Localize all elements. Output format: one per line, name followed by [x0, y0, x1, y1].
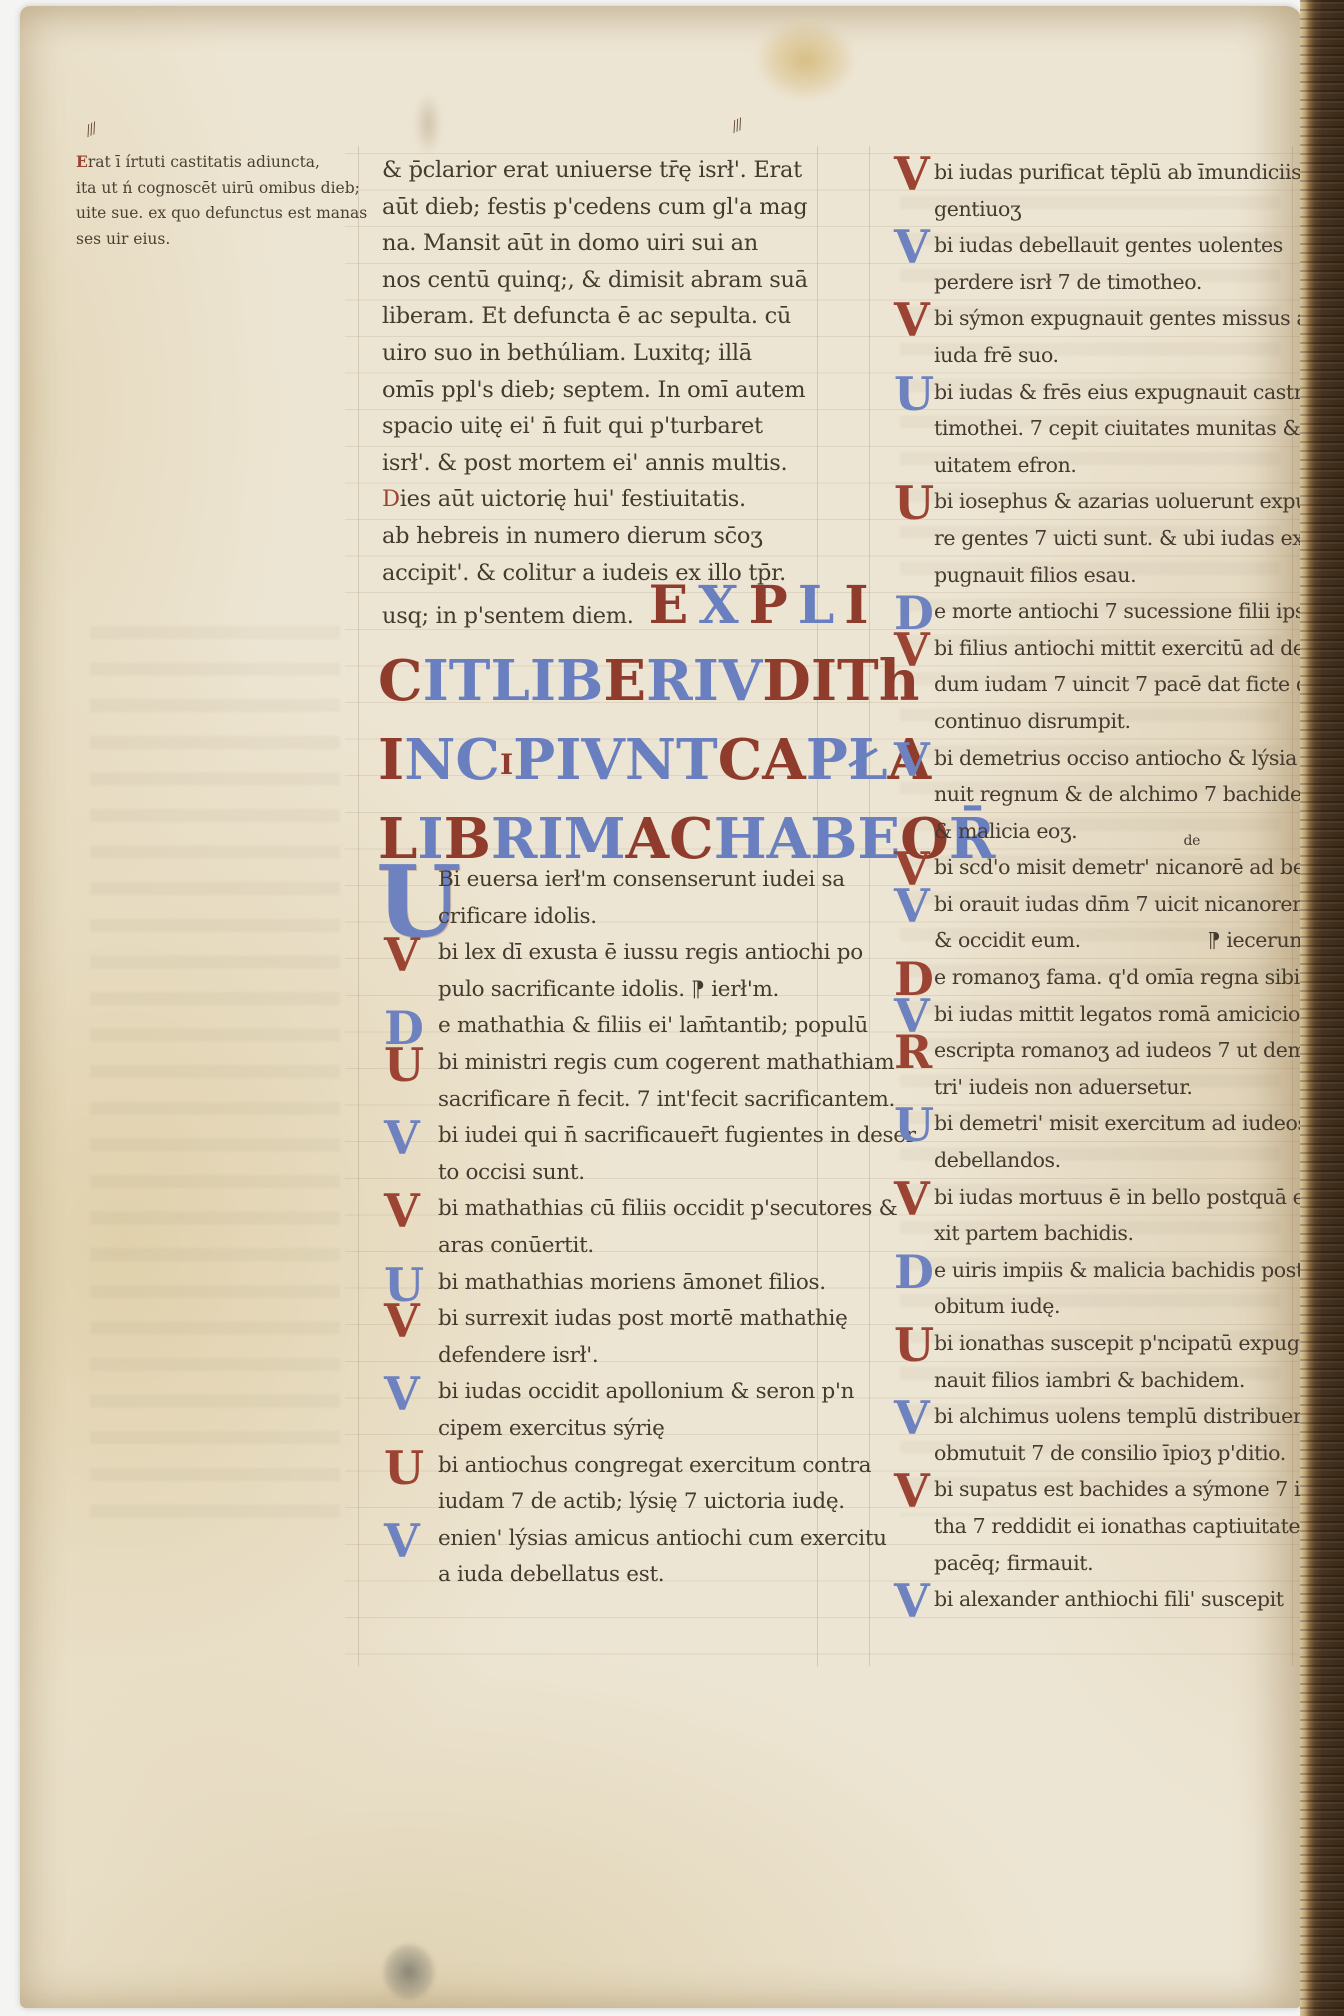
text-line: isrł'. & post mortem ei' annis multis. — [382, 445, 834, 482]
text-line: omīs ppl's dieb; septem. In omī autem — [382, 372, 834, 409]
capitulum-initial: U — [384, 1042, 424, 1088]
capitulum-line: bi mathathias moriens āmonet filios. — [438, 1265, 850, 1302]
capitulum-line: Bi euersa ierł'm consenserunt iudei sa — [438, 862, 850, 899]
capitulum-line: obmutuit 7 de consilio īpioʒ p'ditio. — [934, 1435, 1316, 1472]
display-capital: A — [767, 808, 810, 870]
capitulum-item: Ubi ministri regis cum cogerent mathathi… — [382, 1045, 850, 1118]
capitulum-item: De morte antiochi 7 sucessione filii ips… — [892, 593, 1316, 630]
capitulum-line: defendere isrł'. — [438, 1338, 850, 1375]
text-line: nos centū quinq;, & dimisit abram suā — [382, 262, 834, 299]
capitulum-line: iudam 7 de actib; lýsię 7 uictoria iudę. — [438, 1484, 850, 1521]
text-line: na. Mansit aūt in domo uiri sui an — [382, 225, 834, 262]
capitulum-initial: V — [894, 1578, 929, 1624]
verso-showthrough — [90, 626, 340, 1526]
capitulum-line: bi sýmon expugnauit gentes missus a — [934, 300, 1316, 337]
display-capital: C — [378, 650, 423, 712]
capitulum-line: timothei. 7 cepit ciuitates munitas & ci — [934, 410, 1316, 447]
capitulum-initial: V — [894, 224, 929, 270]
capitulum-item: Vbi iudas debellauit gentes uolentesperd… — [892, 227, 1316, 300]
capitulum-line: bi iudas debellauit gentes uolentes — [934, 227, 1316, 264]
display-capital: D — [762, 650, 811, 712]
capitulum-item: Ubi demetri' misit exercitum ad iudeosde… — [892, 1105, 1316, 1178]
capitulum-line: bi supatus est bachides a sýmone 7 iona — [934, 1471, 1316, 1508]
capitulum-item: Vbi scd'o misit demetr' nicanorē ad bell… — [892, 849, 1316, 886]
capitulum-line: pacēq; firmauit. — [934, 1545, 1316, 1582]
display-capital: T — [676, 729, 718, 791]
capitulum-line: pugnauit filios esau. — [934, 557, 1316, 594]
display-capital: B — [810, 808, 857, 870]
display-capital: I — [839, 584, 873, 628]
capitulum-line: bi iudas mittit legatos romā amicicioni'… — [934, 996, 1316, 1033]
display-capital: P — [806, 729, 848, 791]
capitulum-initial: U — [894, 371, 934, 417]
insertion-mark: /// — [83, 121, 98, 140]
capitulum-line: to occisi sunt. — [438, 1155, 850, 1192]
display-capital: C — [455, 729, 500, 791]
capitulum-item: Vbi iudas purificat tēplū ab īmundiciisg… — [892, 154, 1316, 227]
capitulum-initial: R — [894, 1029, 932, 1075]
capitulum-item: Vbi iudas mittit legatos romā amicicioni… — [892, 996, 1316, 1033]
capitulum-line: bi mathathias cū filiis occidit p'secuto… — [438, 1191, 850, 1228]
capitulum-initial: V — [894, 297, 929, 343]
capitulum-item: Ubi ionathas suscepit p'ncipatū expugnau… — [892, 1325, 1316, 1398]
parchment-stain — [383, 1944, 435, 2000]
text-line: ita ut ń cognoscēt uirū omibus dieb; — [76, 176, 376, 202]
capitulum-line: e romanoʒ fama. q'd omīa regna sibi sub — [934, 959, 1316, 996]
capitulum-line: tha 7 reddidit ei ionathas captiuitatem — [934, 1508, 1316, 1545]
capitulum-item: Vbi lex dī exusta ē iussu regis antiochi… — [382, 935, 850, 1008]
capitulum-line: bi iudei qui n̄ sacrificauer̄t fugientes… — [438, 1118, 850, 1155]
capitulum-line: bi alchimus uolens templū distribuere — [934, 1398, 1316, 1435]
capitulum-line: sacrificare n̄ fecit. 7 int'fecit sacrif… — [438, 1082, 850, 1119]
display-capital: N — [625, 729, 676, 791]
capitulum-line: re gentes 7 uicti sunt. & ubi iudas ex — [934, 520, 1316, 557]
capitulum-item: Ubi iosephus & azarias uoluerunt expugna… — [892, 483, 1316, 593]
explicit-rubric: EXPLI — [644, 584, 874, 628]
display-capital: E — [644, 584, 694, 628]
capitulum-line: bi iudas occidit apollonium & seron p'n — [438, 1374, 850, 1411]
superscript-note: de — [1184, 834, 1200, 848]
capitulum-line: bi demetri' misit exercitum ad iudeos — [934, 1105, 1316, 1142]
capitulum-line: e mathathia & filiis ei' lam̄tantib; pop… — [438, 1008, 850, 1045]
capitulum-item: Vbi iudas mortuus ē in bello postquā ext… — [892, 1179, 1316, 1252]
capitulum-line: bi ionathas suscepit p'ncipatū expug — [934, 1325, 1316, 1362]
manuscript-page: /// /// Erat ī írtuti castitatis adiunct… — [20, 6, 1302, 2008]
capitulum-initial: V — [894, 1395, 929, 1441]
capitulum-item: Vbi mathathias cū filiis occidit p'secut… — [382, 1191, 850, 1264]
main-text-column: & p̄clarior erat uniuerse tr̄ę isrł'. Er… — [382, 152, 834, 591]
capitulum-initial: V — [384, 1188, 419, 1234]
capitulum-initial: V — [894, 1176, 929, 1222]
capitulum-line: escripta romanoʒ ad iudeos 7 ut deme — [934, 1032, 1316, 1069]
display-capital: E — [603, 650, 646, 712]
capitulum-item: Rescripta romanoʒ ad iudeos 7 ut demetri… — [892, 1032, 1316, 1105]
capitulum-line: nuit regnum & de alchimo 7 bachide — [934, 776, 1316, 813]
display-capital: I — [537, 808, 563, 870]
capitulum-line: iuda frē suo. — [934, 337, 1316, 374]
display-capital: L — [490, 650, 529, 712]
capitulum-item: Vbi surrexit iudas post mortē mathathięd… — [382, 1301, 850, 1374]
capitulum-initial: V — [384, 1371, 419, 1417]
capitulum-line: bi antiochus congregat exercitum contra — [438, 1448, 850, 1485]
display-capital: R — [646, 650, 693, 712]
capitulum-line: bi orauit iudas dn̄m 7 uicit nicanorem — [934, 886, 1316, 923]
capitulum-item: Vbi demetrius occiso antiocho & lýsia op… — [892, 740, 1316, 850]
display-capital: P — [744, 584, 793, 628]
text-line: ab hebreis in numero dierum sc̄oʒ — [382, 518, 834, 555]
capitulum-initial: V — [894, 737, 929, 783]
capitulum-initial: U — [384, 1445, 424, 1491]
display-capital: Ł — [848, 729, 888, 791]
capitulum-item: Vbi alchimus uolens templū distribuereob… — [892, 1398, 1316, 1471]
capitulum-item: Venien' lýsias amicus antiochi cum exerc… — [382, 1521, 850, 1594]
parchment-stain — [758, 22, 853, 98]
capitulum-initial: U — [894, 1322, 934, 1368]
display-capital: A — [762, 729, 805, 791]
closing-text: usq; in p'sentem diem. — [382, 603, 634, 629]
text-line: spacio uitę ei' n̄ fuit qui p'turbaret — [382, 408, 834, 445]
capitulum-line: dum iudam 7 uincit 7 pacē dat ficte quam — [934, 666, 1316, 703]
display-capital: I — [378, 729, 404, 791]
capitulum-item: Vbi orauit iudas dn̄m 7 uicit nicanorem&… — [892, 886, 1316, 959]
capitulum-item: De mathathia & filiis ei' lam̄tantib; po… — [382, 1008, 850, 1045]
capitulum-initial: V — [894, 151, 929, 197]
display-capital: L — [793, 584, 840, 628]
capitulum-line: uitatem efron. — [934, 447, 1316, 484]
capitulum-line: obitum iudę. — [934, 1288, 1316, 1325]
display-capital: M — [564, 808, 626, 870]
display-capital: B — [556, 650, 603, 712]
display-capital: X — [693, 584, 743, 628]
book-binding-edge — [1300, 0, 1344, 2016]
capitulum-item: Vbi alexander anthiochi fili' suscepit — [892, 1581, 1316, 1618]
capitulum-line: bi iudas purificat tēplū ab īmundiciis — [934, 154, 1316, 191]
capitulum-item: Ubi antiochus congregat exercitum contra… — [382, 1448, 850, 1521]
text-line: Erat ī írtuti castitatis adiuncta, — [76, 149, 376, 176]
capitulum-line: & occidit eum.⁋ iecerunt. — [934, 922, 1316, 959]
capitulum-item: De romanoʒ fama. q'd omīa regna sibi sub — [892, 959, 1316, 996]
text-line: liberam. Et defuncta ē ac sepulta. cū — [382, 298, 834, 335]
display-capital: I — [500, 739, 513, 791]
capitulum-item: Vbi supatus est bachides a sýmone 7 iona… — [892, 1471, 1316, 1581]
margin-note: Erat ī írtuti castitatis adiuncta,ita ut… — [76, 149, 376, 252]
capitulum-initial: U — [894, 480, 934, 526]
display-capital: I — [811, 650, 837, 712]
display-capital: I — [555, 729, 581, 791]
capitulum-line: bi surrexit iudas post mortē mathathię — [438, 1301, 850, 1338]
capitulum-line: debellandos. — [934, 1142, 1316, 1179]
capitulum-initial: V — [384, 1298, 419, 1344]
capitulum-initial: V — [894, 627, 929, 673]
text-line: aūt dieb; festis p'cedens cum gl'a mag — [382, 189, 834, 226]
insertion-mark: /// — [729, 117, 744, 136]
capitulum-initial: V — [384, 932, 419, 978]
capitulum-item: Vbi sýmon expugnauit gentes missus aiuda… — [892, 300, 1316, 373]
capitulum-line: e uiris impiis & malicia bachidis post — [934, 1252, 1316, 1289]
capitulum-item: Vbi iudei qui n̄ sacrificauer̄t fugiente… — [382, 1118, 850, 1191]
capitulum-line: xit partem bachidis. — [934, 1215, 1316, 1252]
capitulum-initial: V — [384, 1518, 419, 1564]
capitulum-line: tri' iudeis non aduersetur. — [934, 1069, 1316, 1106]
text-line: uite sue. ex quo defunctus est manas — [76, 201, 376, 227]
display-capital: N — [404, 729, 455, 791]
capitulum-initial: D — [894, 1249, 934, 1295]
display-capital: T — [837, 650, 879, 712]
capitulum-line: aras conūertit. — [438, 1228, 850, 1265]
capitulum-item: De uiris impiis & malicia bachidis posto… — [892, 1252, 1316, 1325]
parchment-stain — [415, 94, 441, 154]
display-capital: I — [530, 650, 556, 712]
display-capital: R — [491, 808, 538, 870]
column-rule — [358, 146, 359, 1666]
capitulum-item: Ubi iudas & frēs eius expugnauit castrat… — [892, 374, 1316, 484]
capitulum-initial: V — [384, 1115, 419, 1161]
display-capital: P — [513, 729, 555, 791]
capitulum-line: gentiuoʒ — [934, 191, 1316, 228]
capitulum-line: bi iudas & frēs eius expugnauit castra — [934, 374, 1316, 411]
capitulum-item: Vbi iudas occidit apollonium & seron p'n… — [382, 1374, 850, 1447]
text-line: Dies aūt uictorię hui' festiuitatis. — [382, 481, 834, 518]
display-capital: I — [693, 650, 719, 712]
capitulum-line: a iuda debellatus est. — [438, 1557, 850, 1594]
capitulum-line: bi iosephus & azarias uoluerunt expugna — [934, 483, 1316, 520]
capitulum-line: bi demetrius occiso antiocho & lýsia opt… — [934, 740, 1316, 777]
capitulum-line: & malicia eoʒ. — [934, 813, 1316, 850]
display-capital: I — [423, 650, 449, 712]
display-capital: C — [718, 729, 763, 791]
capitula-list-right: Vbi iudas purificat tēplū ab īmundiciisg… — [892, 154, 1316, 1618]
capitulum-line: perdere isrł 7 de timotheo. — [934, 264, 1316, 301]
capitula-list-left: UBi euersa ierł'm consenserunt iudei sac… — [382, 862, 850, 1594]
capitulum-item: UBi euersa ierł'm consenserunt iudei sac… — [382, 862, 850, 935]
manuscript-photo: /// /// Erat ī írtuti castitatis adiunct… — [0, 0, 1344, 2016]
capitulum-line: bi filius antiochi mittit exercitū ad de… — [934, 630, 1316, 667]
display-capital: A — [626, 808, 669, 870]
closing-line: usq; in p'sentem diem. EXPLI — [382, 584, 874, 636]
capitulum-line: bi alexander anthiochi fili' suscepit — [934, 1581, 1316, 1618]
capitulum-initial: U — [894, 1102, 934, 1148]
capitulum-line: continuo disrumpit. — [934, 703, 1316, 740]
capitulum-item: Vbi filius antiochi mittit exercitū ad d… — [892, 630, 1316, 740]
explicit-incipit-heading-row-2: INCIPIVNTCAPŁA — [378, 719, 840, 791]
display-capital: C — [669, 808, 714, 870]
text-line: ses uir eius. — [76, 227, 376, 253]
capitulum-initial: V — [894, 1468, 929, 1514]
capitulum-line: crificare idolis. — [438, 899, 850, 936]
text-line: & p̄clarior erat uniuerse tr̄ę isrł'. Er… — [382, 152, 834, 189]
display-capital: T — [449, 650, 491, 712]
capitulum-line: cipem exercitus sýrię — [438, 1411, 850, 1448]
display-capital: V — [719, 650, 762, 712]
capitulum-line: bi scd'o misit demetr' nicanorē ad bella… — [934, 849, 1316, 886]
capitulum-line: bi ministri regis cum cogerent mathathia… — [438, 1045, 850, 1082]
text-line: uiro suo in bethúliam. Luxitq; illā — [382, 335, 834, 372]
display-capital: H — [714, 808, 767, 870]
capitulum-initial: V — [894, 883, 929, 929]
column-rule — [869, 146, 870, 1666]
capitulum-line: e morte antiochi 7 sucessione filii ipsi… — [934, 593, 1316, 630]
display-capital: V — [581, 729, 624, 791]
capitulum-line: pulo sacrificante idolis. ⁋ ierł'm. — [438, 972, 850, 1009]
capitulum-line: bi lex dī exusta ē iussu regis antiochi … — [438, 935, 850, 972]
explicit-incipit-heading-row-1: CITLIBERIVDITh — [378, 640, 840, 712]
capitulum-line: bi iudas mortuus ē in bello postquā exti… — [934, 1179, 1316, 1216]
capitulum-line: nauit filios iambri & bachidem. — [934, 1362, 1316, 1399]
capitulum-line: enien' lýsias amicus antiochi cum exerci… — [438, 1521, 850, 1558]
capitulum-item: Ubi mathathias moriens āmonet filios. — [382, 1265, 850, 1302]
